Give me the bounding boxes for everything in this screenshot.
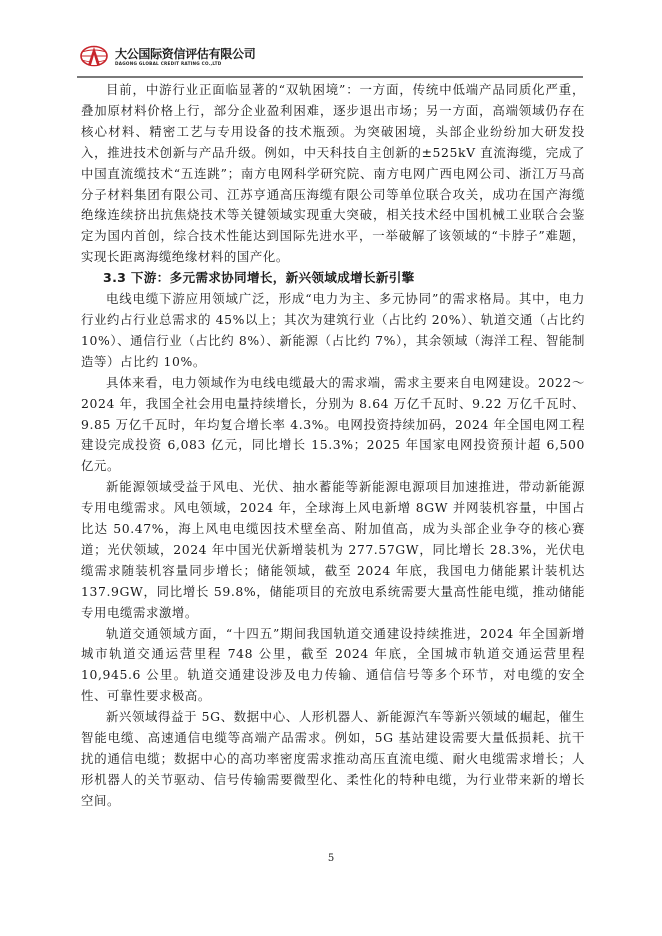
paragraph-power-sector: 具体来看，电力领域作为电线电缆最大的需求端，需求主要来自电网建设。2022～20… (81, 373, 585, 478)
header-divider (77, 76, 583, 78)
paragraph-downstream-structure: 电线电缆下游应用领域广泛，形成“电力为主、多元协同”的需求格局。其中，电力行业约… (81, 289, 585, 373)
dagong-logo-icon (80, 45, 108, 67)
page-number: 5 (0, 853, 662, 864)
document-body: 目前，中游行业正面临显著的“双轨困境”：一方面，传统中低端产品同质化严重，叠加原… (81, 80, 585, 812)
company-name-en: DAGONG GLOBAL CREDIT RATING CO.,LTD (115, 61, 221, 66)
paragraph-midstream-dilemma: 目前，中游行业正面临显著的“双轨困境”：一方面，传统中低端产品同质化严重，叠加原… (81, 80, 585, 268)
paragraph-new-energy: 新能源领域受益于风电、光伏、抽水蓄能等新能源电源项目加速推进，带动新能源专用电缆… (81, 477, 585, 623)
paragraph-rail-transit: 轨道交通领域方面，“十四五”期间我国轨道交通建设持续推进，2024 年全国新增城… (81, 624, 585, 708)
company-name-cn: 大公国际资信评估有限公司 (115, 45, 255, 62)
page-header: 大公国际资信评估有限公司 DAGONG GLOBAL CREDIT RATING… (77, 42, 583, 78)
paragraph-emerging-fields: 新兴领域得益于 5G、数据中心、人形机器人、新能源汽车等新兴领域的崛起，催生智能… (81, 707, 585, 812)
section-heading-3-3: 3.3 下游：多元需求协同增长，新兴领域成增长新引擎 (81, 268, 585, 289)
